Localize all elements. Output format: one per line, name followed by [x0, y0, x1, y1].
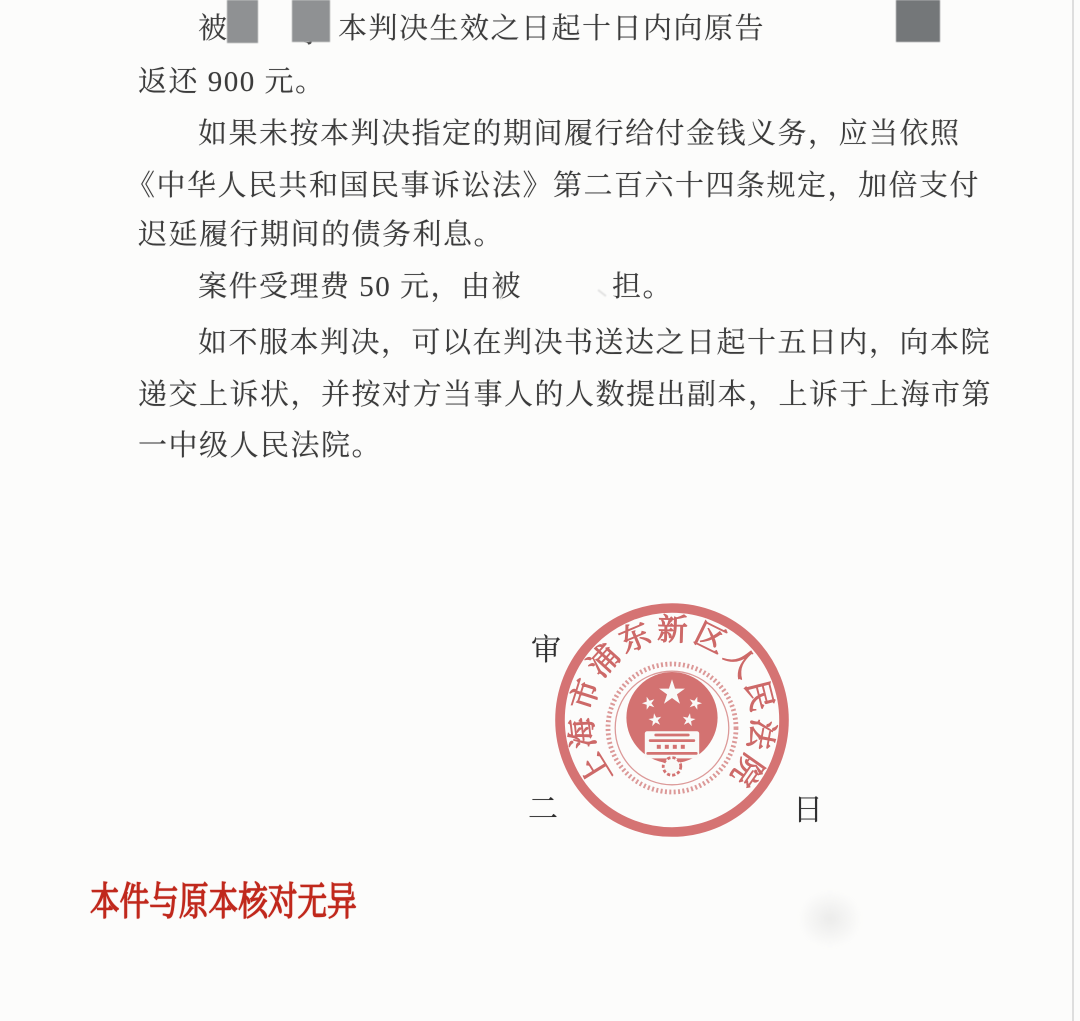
- erased-ghost-mark-2: [597, 289, 606, 297]
- gear-icon: [663, 758, 681, 776]
- date-right-char: 日: [793, 796, 823, 826]
- para2-line3: 迟延履行期间的债务利息。: [138, 221, 504, 250]
- para2-line1: 如果未按本判决指定的期间履行给付金钱义务，应当依照: [198, 120, 961, 149]
- para3-prefix: 案件受理费 50 元，由被: [198, 273, 522, 302]
- corner-redaction-box: [896, 0, 940, 42]
- para3-suffix: 担。: [612, 273, 673, 302]
- para2-line2: 《中华人民共和国民事诉讼法》第二百六十四条规定，加倍支付: [126, 172, 980, 201]
- redaction-box-1: [227, 0, 258, 43]
- verification-stamp-text: 本件与原本核对无异: [90, 882, 357, 925]
- para4-line3: 一中级人民法院。: [138, 432, 382, 461]
- national-emblem-icon: [608, 664, 736, 792]
- court-seal: 上海市浦东新区人民法院: [552, 600, 792, 840]
- para4-line2: 递交上诉状，并按对方当事人的人数提出副本，上诉于上海市第: [138, 381, 992, 410]
- para1-line1-rest: 本判决生效之日起十日内向原告: [338, 15, 765, 44]
- scanned-judgment-page: 被 于 本判决生效之日起十日内向原告 返还 900 元。 如果未按本判决指定的期…: [0, 0, 1080, 1021]
- tiananmen-icon: [645, 731, 699, 758]
- paper-smudge: [798, 890, 862, 948]
- redaction-box-2: [292, 0, 330, 42]
- para1-line2: 返还 900 元。: [138, 68, 326, 97]
- page-edge-line: [1072, 0, 1074, 1021]
- para4-line1: 如不服本判决，可以在判决书送达之日起十五日内，向本院: [198, 329, 991, 358]
- para1-line1-prefix: 被: [198, 15, 229, 44]
